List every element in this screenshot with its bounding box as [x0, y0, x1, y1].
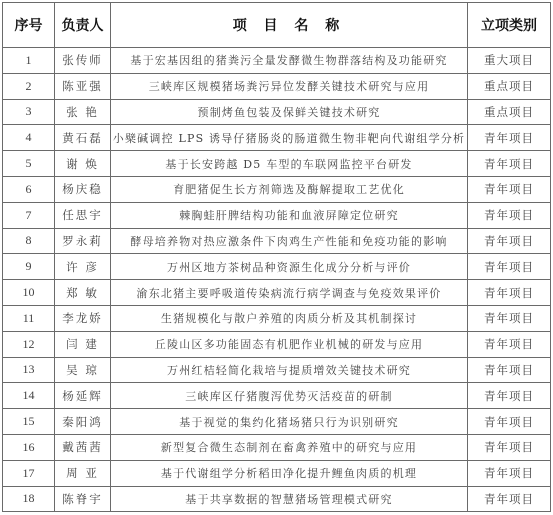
table-row: 3张 艳预制烤鱼包装及保鲜关键技术研究重点项目 [3, 99, 551, 125]
cell-project-name: 酵母培养物对热应激条件下肉鸡生产性能和免疫功能的影响 [111, 228, 468, 254]
cell-category: 青年项目 [468, 434, 551, 460]
table-row: 10郑 敏渝东北猪主要呼吸道传染病流行病学调查与免疫效果评价青年项目 [3, 280, 551, 306]
table-row: 4黄石磊小檗碱调控 LPS 诱导仔猪肠炎的肠道微生物非靶向代谢组学分析青年项目 [3, 125, 551, 151]
header-owner: 负责人 [55, 3, 111, 48]
cell-owner: 秦阳鸿 [55, 409, 111, 435]
cell-index: 6 [3, 176, 55, 202]
cell-owner: 杨庆稳 [55, 176, 111, 202]
cell-project-name: 三峡库区仔猪腹泻优势灭活疫苗的研制 [111, 383, 468, 409]
project-table: 序号 负责人 项 目 名 称 立项类别 1张传师基于宏基因组的猪粪污全量发酵微生… [2, 2, 551, 512]
table-row: 14杨延辉三峡库区仔猪腹泻优势灭活疫苗的研制青年项目 [3, 383, 551, 409]
table-row: 2陈亚强三峡库区规模猪场粪污异位发酵关键技术研究与应用重点项目 [3, 73, 551, 99]
table-row: 17周 亚基于代谢组学分析稻田净化提升鲤鱼肉质的机理青年项目 [3, 460, 551, 486]
cell-project-name: 生猪规模化与散户养殖的肉质分析及其机制探讨 [111, 305, 468, 331]
cell-project-name: 预制烤鱼包装及保鲜关键技术研究 [111, 99, 468, 125]
cell-project-name: 育肥猪促生长方剂筛选及酶解提取工艺优化 [111, 176, 468, 202]
header-index: 序号 [3, 3, 55, 48]
cell-owner: 罗永莉 [55, 228, 111, 254]
cell-index: 4 [3, 125, 55, 151]
cell-index: 2 [3, 73, 55, 99]
cell-index: 1 [3, 48, 55, 74]
cell-index: 13 [3, 357, 55, 383]
cell-owner: 任思宇 [55, 202, 111, 228]
table-row: 18陈脊宇基于共享数据的智慧猪场管理模式研究青年项目 [3, 486, 551, 512]
cell-category: 青年项目 [468, 460, 551, 486]
cell-index: 17 [3, 460, 55, 486]
cell-index: 12 [3, 331, 55, 357]
table-row: 15秦阳鸿基于视觉的集约化猪场猪只行为识别研究青年项目 [3, 409, 551, 435]
cell-owner: 黄石磊 [55, 125, 111, 151]
cell-project-name: 万州红桔轻简化栽培与提质增效关键技术研究 [111, 357, 468, 383]
cell-owner: 郑 敏 [55, 280, 111, 306]
cell-index: 16 [3, 434, 55, 460]
cell-category: 青年项目 [468, 486, 551, 512]
cell-category: 青年项目 [468, 357, 551, 383]
cell-project-name: 基于长安跨越 D5 车型的车联网监控平台研发 [111, 151, 468, 177]
cell-project-name: 棘胸蛙肝脾结构功能和血液屏障定位研究 [111, 202, 468, 228]
table-row: 6杨庆稳育肥猪促生长方剂筛选及酶解提取工艺优化青年项目 [3, 176, 551, 202]
cell-project-name: 万州区地方茶树品种资源生化成分分析与评价 [111, 254, 468, 280]
cell-index: 15 [3, 409, 55, 435]
cell-project-name: 基于代谢组学分析稻田净化提升鲤鱼肉质的机理 [111, 460, 468, 486]
cell-category: 重点项目 [468, 99, 551, 125]
cell-category: 青年项目 [468, 176, 551, 202]
cell-owner: 许 彦 [55, 254, 111, 280]
cell-owner: 吴 琼 [55, 357, 111, 383]
cell-owner: 张传师 [55, 48, 111, 74]
table-row: 13吴 琼万州红桔轻简化栽培与提质增效关键技术研究青年项目 [3, 357, 551, 383]
cell-category: 青年项目 [468, 383, 551, 409]
cell-owner: 陈亚强 [55, 73, 111, 99]
table-row: 11李龙娇生猪规模化与散户养殖的肉质分析及其机制探讨青年项目 [3, 305, 551, 331]
cell-category: 青年项目 [468, 202, 551, 228]
cell-index: 5 [3, 151, 55, 177]
cell-category: 青年项目 [468, 125, 551, 151]
cell-owner: 戴茜茜 [55, 434, 111, 460]
cell-category: 青年项目 [468, 280, 551, 306]
cell-index: 18 [3, 486, 55, 512]
cell-index: 3 [3, 99, 55, 125]
header-category: 立项类别 [468, 3, 551, 48]
cell-category: 青年项目 [468, 409, 551, 435]
cell-index: 9 [3, 254, 55, 280]
cell-project-name: 小檗碱调控 LPS 诱导仔猪肠炎的肠道微生物非靶向代谢组学分析 [111, 125, 468, 151]
cell-index: 11 [3, 305, 55, 331]
cell-owner: 李龙娇 [55, 305, 111, 331]
table-row: 8罗永莉酵母培养物对热应激条件下肉鸡生产性能和免疫功能的影响青年项目 [3, 228, 551, 254]
table-body: 1张传师基于宏基因组的猪粪污全量发酵微生物群落结构及功能研究重大项目2陈亚强三峡… [3, 48, 551, 512]
table-header-row: 序号 负责人 项 目 名 称 立项类别 [3, 3, 551, 48]
cell-category: 青年项目 [468, 254, 551, 280]
cell-owner: 谢 焕 [55, 151, 111, 177]
cell-index: 8 [3, 228, 55, 254]
cell-category: 青年项目 [468, 331, 551, 357]
cell-category: 重大项目 [468, 48, 551, 74]
cell-index: 10 [3, 280, 55, 306]
cell-project-name: 三峡库区规模猪场粪污异位发酵关键技术研究与应用 [111, 73, 468, 99]
header-project-name: 项 目 名 称 [111, 3, 468, 48]
cell-project-name: 渝东北猪主要呼吸道传染病流行病学调查与免疫效果评价 [111, 280, 468, 306]
cell-owner: 闫 建 [55, 331, 111, 357]
cell-project-name: 基于宏基因组的猪粪污全量发酵微生物群落结构及功能研究 [111, 48, 468, 74]
cell-category: 青年项目 [468, 305, 551, 331]
cell-owner: 张 艳 [55, 99, 111, 125]
table-row: 5谢 焕基于长安跨越 D5 车型的车联网监控平台研发青年项目 [3, 151, 551, 177]
cell-index: 14 [3, 383, 55, 409]
cell-owner: 陈脊宇 [55, 486, 111, 512]
table-row: 9许 彦万州区地方茶树品种资源生化成分分析与评价青年项目 [3, 254, 551, 280]
cell-category: 青年项目 [468, 228, 551, 254]
table-row: 1张传师基于宏基因组的猪粪污全量发酵微生物群落结构及功能研究重大项目 [3, 48, 551, 74]
cell-project-name: 基于视觉的集约化猪场猪只行为识别研究 [111, 409, 468, 435]
cell-project-name: 基于共享数据的智慧猪场管理模式研究 [111, 486, 468, 512]
table-row: 12闫 建丘陵山区多功能固态有机肥作业机械的研发与应用青年项目 [3, 331, 551, 357]
cell-owner: 周 亚 [55, 460, 111, 486]
cell-category: 重点项目 [468, 73, 551, 99]
cell-owner: 杨延辉 [55, 383, 111, 409]
cell-index: 7 [3, 202, 55, 228]
table-row: 16戴茜茜新型复合微生态制剂在畜禽养殖中的研究与应用青年项目 [3, 434, 551, 460]
table-row: 7任思宇棘胸蛙肝脾结构功能和血液屏障定位研究青年项目 [3, 202, 551, 228]
cell-project-name: 新型复合微生态制剂在畜禽养殖中的研究与应用 [111, 434, 468, 460]
cell-project-name: 丘陵山区多功能固态有机肥作业机械的研发与应用 [111, 331, 468, 357]
cell-category: 青年项目 [468, 151, 551, 177]
